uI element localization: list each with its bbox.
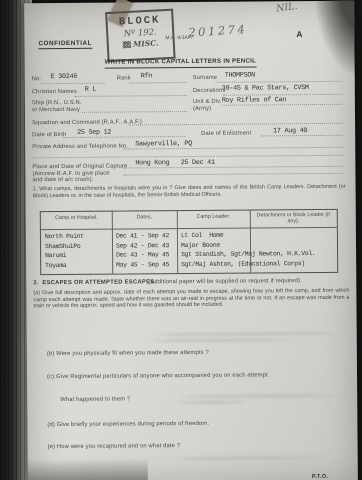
field-squadron-label: Squadron and Command (R.A.F., A.A.F.) [32, 119, 142, 126]
table-header-detachment: Detachment or Block Leader (if any). [252, 212, 335, 225]
table-row-leader: Sgt Standish, Sgt/Maj Newton, H.K.Vol. [181, 250, 315, 258]
table-header-camp: Camp or Hospital. [41, 215, 112, 222]
dotted-line [82, 111, 187, 113]
section2-item-c: (c) Give Regimental particulars of anyon… [47, 372, 269, 380]
dotted-line [129, 123, 343, 126]
instruction-heading: WRITE IN BLOCK CAPITAL LETTERS IN PENCIL [105, 57, 257, 65]
ml-ref-suffix: A [296, 29, 303, 39]
field-dob-label: Date of Birth [32, 132, 66, 138]
field-unit-label-line1: Unit & Div. [193, 99, 222, 105]
scanned-pow-questionnaire-photo: { "photo": { "nil_note": "NIL." }, "stam… [0, 0, 362, 480]
field-surname-label: Surname [193, 75, 218, 81]
field-ship-label-line1: Ship (R.N., U.S.N. [32, 100, 82, 106]
confidential-heading: CONFIDENTIAL [38, 40, 92, 47]
table-row-leader: Sgt/Maj Ashton, (Educational Corps) [181, 260, 305, 268]
dotted-line [261, 135, 343, 137]
field-capture-note-line2: and date of a/c crash). [32, 177, 93, 183]
field-rank-value: Rfn [141, 72, 152, 80]
section2-item-e: (e) How were you recaptured and on what … [48, 443, 181, 450]
table-header-dates: Dates. [112, 214, 177, 221]
section2-item-b: (b) Were you physically fit when you mad… [47, 350, 209, 357]
field-ship-label-line2: or Merchant Navy [32, 107, 80, 113]
table-row-camp: ShamShuiPo [45, 242, 80, 249]
table-row-dates: Dec 41 - Sep 42 [116, 232, 169, 239]
section2-item-a: (a) Give full description and approx. da… [33, 288, 349, 310]
section2-heading: ESCAPES OR ATTEMPTED ESCAPES. [42, 279, 156, 286]
table-row-dates: Sep 42 - Dec 43 [116, 242, 169, 249]
table-row-dates: Dec 43 - May 45 [116, 251, 169, 258]
camp-table: Camp or Hospital. Dates. Camp Leader. De… [40, 209, 338, 275]
field-enlistment-value: 17 Aug 40 [273, 127, 307, 135]
bleed-through-text [173, 453, 333, 463]
field-rank-label: Rank [117, 75, 131, 81]
dotted-line [63, 136, 185, 138]
field-christian-names-value: R L [85, 86, 96, 94]
table-column-line [177, 211, 178, 273]
question-1-text: 1. What camps, detachments or hospitals … [33, 184, 346, 200]
questionnaire-page: NIL. BLOCK Nº 192. MISC. CONFIDENTIAL M.… [24, 1, 358, 480]
dotted-line [216, 81, 343, 83]
dotted-line [130, 82, 187, 83]
section2-item-c2: What happened to them ? [60, 396, 130, 403]
field-unit-label-line2: (Army) [193, 106, 211, 112]
bleed-through-text [177, 391, 352, 407]
dotted-line [41, 83, 105, 85]
field-enlistment-label: Date of Enlistment [201, 131, 251, 137]
field-no-label: No. [32, 76, 42, 82]
field-no-value: E 30246 [51, 73, 78, 81]
bleed-through-text [147, 329, 357, 346]
table-row-dates: May 45 - Sep 45 [116, 261, 169, 268]
ml-ref-number-pencil: 201274 [188, 22, 248, 40]
table-row-leader: Lt Col Home [181, 232, 223, 239]
field-capture-label: Place and Date of Original Capture [32, 163, 127, 170]
section2-heading-note: (Additional paper will be supplied on re… [148, 278, 302, 285]
nil-pencil-note: NIL. [276, 1, 299, 15]
stamp-misc-text: MISC. [109, 38, 173, 50]
table-header-line [41, 227, 337, 230]
bottom-shadow [28, 458, 148, 480]
field-address-label: Private Address and Telephone No. [32, 143, 128, 150]
table-row-camp: Narumi [45, 252, 66, 259]
dotted-line [75, 95, 187, 97]
table-row-camp: North Point [45, 233, 84, 240]
table-column-line [112, 212, 113, 274]
field-decorations-value: 39-45 & Pac Stars, CVSM [222, 84, 309, 93]
field-dob-value: 25 Sep 12 [77, 129, 111, 137]
field-decorations-label: Decorations [193, 88, 226, 94]
table-row-camp: Toyama [45, 261, 66, 268]
field-christian-names-label: Christian Names [32, 89, 77, 95]
table-header-leader: Camp Leader. [177, 214, 250, 221]
section2-number: 2. [33, 280, 38, 286]
dotted-line [123, 173, 343, 176]
corner-shadow [316, 1, 355, 73]
field-surname-value: THOMPSON [225, 71, 255, 79]
pto-footer: P.T.O. [312, 474, 328, 480]
table-row-leader: Major Boone [181, 241, 220, 248]
dotted-line [32, 155, 343, 158]
section2-item-d: (d) Give briefly your experiences during… [47, 421, 209, 428]
pencil-scribble-icon [123, 41, 131, 48]
dotted-line [222, 104, 343, 106]
